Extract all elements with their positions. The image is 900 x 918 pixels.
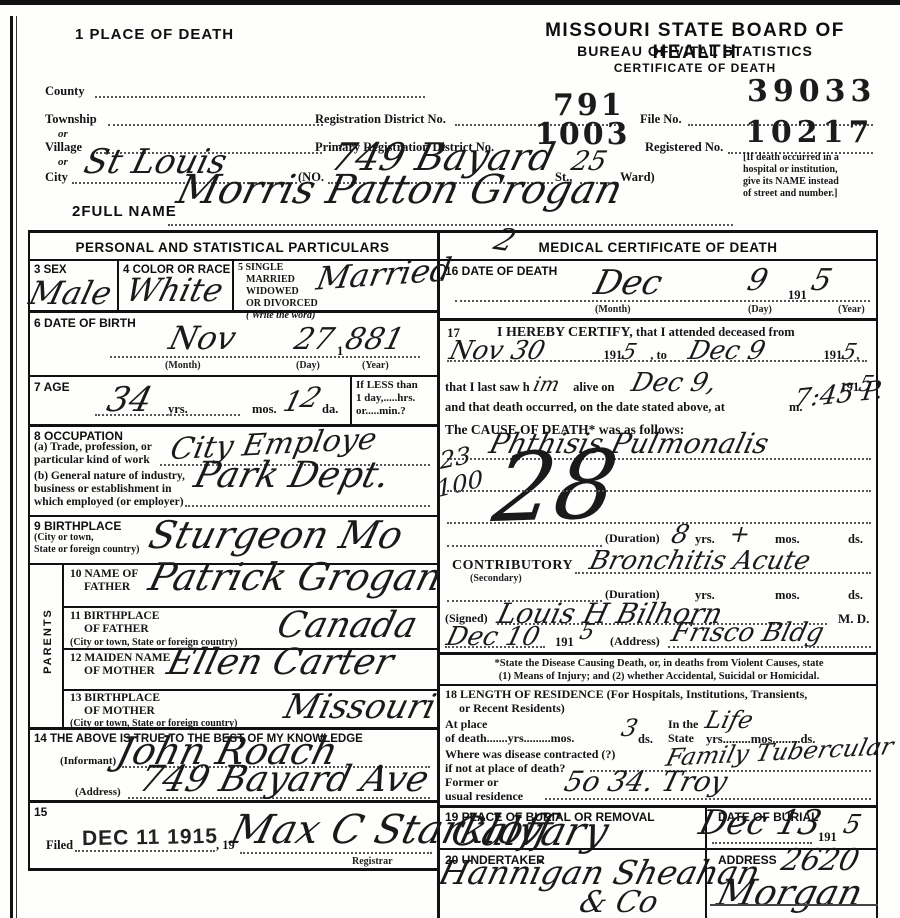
duration1-yrs: yrs. — [695, 532, 715, 546]
medical-header-rule — [437, 259, 878, 261]
dob-month-cap: (Month) — [165, 360, 201, 371]
father-bp-l1: 11 BIRTHPLACE — [70, 610, 159, 623]
birthplace-sub: (City or town, State or foreign country) — [34, 532, 139, 556]
place-of-death-heading: 1 PLACE OF DEATH — [75, 26, 234, 43]
last-saw-pre: that I last saw h — [445, 380, 530, 394]
county-line — [95, 96, 425, 98]
hospital-note-line3: give its NAME instead — [743, 176, 881, 188]
informant-label: (Informant) — [60, 755, 116, 768]
main-left-border — [28, 230, 30, 870]
undertaker-address-label: ADDRESS — [718, 853, 777, 867]
occupation-a-label: (a) Trade, profession, or particular kin… — [34, 441, 152, 467]
last-saw-h: im — [531, 374, 561, 394]
former-residence-line — [545, 798, 871, 800]
less-1: If LESS than — [356, 379, 418, 392]
mother-bp-value: Missouri — [281, 690, 440, 724]
father-bp-label: 11 BIRTHPLACE OF FATHER — [70, 610, 159, 636]
dod-year-cap: (Year) — [838, 304, 865, 315]
dod-row-rule — [437, 318, 878, 321]
county-label: County — [45, 84, 85, 98]
left-bottom-border — [28, 868, 439, 871]
file-no-label: File No. — [640, 112, 682, 126]
sex-value: Male — [26, 277, 115, 309]
township-label: Township — [45, 112, 97, 126]
file-no-value: 39033 — [747, 74, 876, 109]
birthplace-label: 9 BIRTHPLACE — [34, 519, 121, 533]
marital-l2: MARRIED — [246, 274, 318, 286]
full-name-value: Morris Patton Grogan — [173, 170, 626, 210]
main-top-border — [28, 230, 878, 233]
in-the: In the — [668, 718, 698, 732]
dob-line — [110, 356, 420, 358]
hospital-note-line4: of street and number.] — [743, 188, 881, 200]
less-3: or.....min.? — [356, 405, 418, 418]
city-label: City — [45, 170, 68, 184]
death-occurred-text: and that death occurred, on the date sta… — [445, 400, 725, 414]
cause-footnote: *State the Disease Causing Death, or, in… — [443, 658, 875, 683]
dod-day-cap: (Day) — [748, 304, 772, 315]
less-2: 1 day,.....hrs. — [356, 392, 418, 405]
dod-month-cap: (Month) — [595, 304, 631, 315]
code-line-2 — [447, 522, 871, 524]
duration2-ds: ds. — [848, 588, 863, 602]
duration1-ds: ds. — [848, 532, 863, 546]
dod-month-value: Dec — [591, 266, 666, 300]
informant-row-rule — [28, 800, 437, 803]
contributory-line — [575, 572, 871, 574]
registered-no-label: Registered No. — [645, 140, 723, 154]
dob-year-cap: (Year) — [362, 360, 389, 371]
medical-section-title: MEDICAL CERTIFICATE OF DEATH — [440, 240, 876, 255]
marital-value: Married — [314, 253, 454, 294]
contributory-label: CONTRIBUTORY — [452, 558, 573, 574]
contributory-value: Bronchitis Acute — [587, 548, 813, 574]
father-bp-value: Canada — [274, 608, 421, 644]
mother-l1: 12 MAIDEN NAME — [70, 652, 170, 665]
dob-month-value: Nov — [166, 322, 239, 354]
dob-year-value: 881 — [342, 325, 407, 355]
duration1-plus: + — [727, 522, 753, 546]
main-right-border — [876, 230, 878, 918]
age-years-value: 34 — [104, 383, 156, 417]
burial-value: Calvary — [447, 812, 612, 852]
mother-l2: OF MOTHER — [84, 665, 170, 678]
occ-a2: particular kind of work — [34, 454, 152, 467]
marital-l4: OR DIVORCED — [246, 298, 318, 310]
in-state-value: Life — [703, 708, 756, 732]
signed-address-label: (Address) — [610, 635, 660, 649]
registrar-line — [240, 852, 432, 854]
hospital-note-line2: hospital or institution, — [743, 164, 881, 176]
dod-year-value: 5 — [808, 266, 835, 296]
age-subcell-divider — [350, 375, 352, 424]
village-label: Village — [45, 140, 82, 154]
father-l1: 10 NAME OF — [70, 568, 138, 581]
at-place-ds-label: ds. — [638, 732, 653, 746]
at-place-l2: of death.......yrs.........mos. — [445, 732, 574, 746]
duration1-years-value: 8 — [669, 522, 692, 548]
filed-date-stamp: DEC 11 1915 — [82, 825, 218, 851]
dob-label: 6 DATE OF BIRTH — [34, 316, 136, 330]
hospital-note-line1: [If death occurred in a — [743, 152, 881, 164]
last-saw-mid: alive on — [573, 380, 614, 394]
age-da-label: da. — [322, 402, 338, 416]
bureau-subtitle: BUREAU OF VITAL STATISTICS — [505, 43, 885, 59]
footnote-line2: (1) Means of Injury; and (2) whether Acc… — [443, 671, 875, 684]
mother-bp-l2: OF MOTHER — [84, 705, 160, 718]
dob-row-rule — [28, 375, 437, 377]
filed-no-label: 15 — [34, 805, 47, 819]
filed-label: Filed — [46, 838, 73, 852]
mother-name-value: Ellen Carter — [164, 645, 397, 681]
occ-a1: (a) Trade, profession, or — [34, 441, 152, 454]
age-less-note: If LESS than 1 day,.....hrs. or.....min.… — [356, 379, 418, 419]
registrar-label: Registrar — [352, 856, 393, 867]
marital-label: 5 SINGLE MARRIED WIDOWED OR DIVORCED ( W… — [238, 262, 318, 322]
undertaker-value2: & Co — [576, 888, 661, 918]
marital-l3: WIDOWED — [246, 286, 318, 298]
registered-no-value: 10217 — [745, 115, 874, 150]
burial-date-value: Dec 13 — [696, 806, 825, 840]
or-label-2: or — [58, 156, 68, 169]
certificate-subtitle: CERTIFICATE OF DEATH — [505, 61, 885, 75]
former-l1: Former or — [445, 776, 523, 790]
dod-line — [455, 300, 870, 302]
sex-cell-divider — [117, 259, 119, 310]
last-saw-date: Dec 9, — [629, 370, 719, 396]
occ-b2: business or establishment in — [34, 483, 185, 496]
signed-row-rule — [437, 652, 878, 655]
signed-address-line — [668, 646, 871, 648]
mother-name-label: 12 MAIDEN NAME OF MOTHER — [70, 652, 170, 678]
time-m-label: m. — [789, 400, 803, 414]
footnote-rule — [437, 684, 878, 686]
burial-year-hw: 5 — [841, 812, 864, 838]
bp-sub1: (City or town, — [34, 532, 139, 544]
duration1-dots — [447, 545, 602, 547]
or-label-1: or — [58, 128, 68, 141]
marital-l1: 5 SINGLE — [238, 262, 318, 274]
dob-day-cap: (Day) — [296, 360, 320, 371]
former-residence-label: Former or usual residence — [445, 776, 523, 804]
informant-addr-label: (Address) — [75, 786, 121, 799]
residence-l1: 18 LENGTH OF RESIDENCE (For Hospitals, I… — [445, 688, 807, 702]
sex-row-rule — [28, 310, 437, 313]
signed-date-line — [445, 646, 545, 648]
dod-day-value: 9 — [744, 266, 771, 296]
color-cell-divider — [232, 259, 234, 310]
in-the-state-label: In the State — [668, 718, 698, 746]
time-of-death-value: 7:45 P. — [792, 378, 885, 413]
filed-line — [75, 850, 215, 852]
dod-label: 16 DATE OF DEATH — [445, 264, 557, 278]
birthplace-value: Sturgeon Mo — [145, 516, 406, 554]
at-place-label: At place of death.......yrs.........mos. — [445, 718, 574, 746]
contracted-l1: Where was disease contracted (?) — [445, 748, 615, 762]
at-place-l1: At place — [445, 718, 574, 732]
code-line-1 — [447, 490, 871, 492]
undertaker-address-no: 2620 — [778, 846, 862, 876]
top-scan-bar — [0, 0, 900, 5]
father-bp-l2: OF FATHER — [84, 623, 159, 636]
death-certificate: 1 PLACE OF DEATH MISSOURI STATE BOARD OF… — [0, 0, 900, 918]
former-residence-value: 5o 34. Troy — [562, 768, 731, 796]
father-name-value: Patrick Grogan — [145, 558, 446, 596]
bp-sub2: State or foreign country) — [34, 544, 139, 556]
signed-address-value: Frisco Bldg — [669, 620, 827, 646]
certify-line4: and that death occurred, on the date sta… — [445, 398, 803, 416]
father-l2: FATHER — [84, 581, 138, 594]
full-name-line — [168, 224, 733, 226]
undertaker-address-street: Morgan — [714, 876, 866, 912]
color-value: White — [123, 274, 227, 306]
personal-section-title: PERSONAL AND STATISTICAL PARTICULARS — [28, 240, 437, 255]
duration1-label: (Duration) — [605, 532, 660, 546]
occupation-b-line — [185, 505, 430, 507]
certify-line2-dots — [447, 360, 867, 362]
footnote-line1: *State the Disease Causing Death, or, in… — [443, 658, 875, 671]
secondary-label: (Secondary) — [470, 573, 522, 584]
parents-cell-divider — [62, 563, 64, 727]
occ-b1: (b) General nature of industry, — [34, 470, 185, 483]
informant-addr-value: 749 Bayard Ave — [136, 762, 433, 798]
registration-district-label: Registration District No. — [315, 112, 446, 126]
full-name-label: 2FULL NAME — [72, 203, 177, 220]
left-scan-rule-outer — [10, 16, 13, 918]
md-label: M. D. — [838, 612, 869, 627]
age-mos-label: mos. — [252, 402, 277, 416]
mother-bp-l1: 13 BIRTHPLACE — [70, 692, 160, 705]
duration1-mos: mos. — [775, 532, 800, 546]
duration2-mos: mos. — [775, 588, 800, 602]
occupation-b-label: (b) General nature of industry, business… — [34, 470, 185, 510]
former-l2: usual residence — [445, 790, 523, 804]
township-line — [108, 124, 323, 126]
dob-day-value: 27 — [291, 325, 337, 355]
age-line1 — [95, 414, 240, 416]
signed-year-print: 191 — [555, 635, 574, 649]
occupation-b-value: Park Dept. — [191, 458, 394, 494]
undertaker-underline — [710, 904, 878, 906]
occ-b3: which employed (or employer) — [34, 496, 185, 509]
parents-label: PARENTS — [42, 601, 54, 681]
father-name-label: 10 NAME OF FATHER — [70, 568, 138, 594]
mother-bp-label: 13 BIRTHPLACE OF MOTHER — [70, 692, 160, 718]
hospital-note: [If death occurred in a hospital or inst… — [743, 152, 881, 200]
left-scan-rule-inner — [16, 16, 17, 918]
age-label: 7 AGE — [34, 380, 70, 394]
